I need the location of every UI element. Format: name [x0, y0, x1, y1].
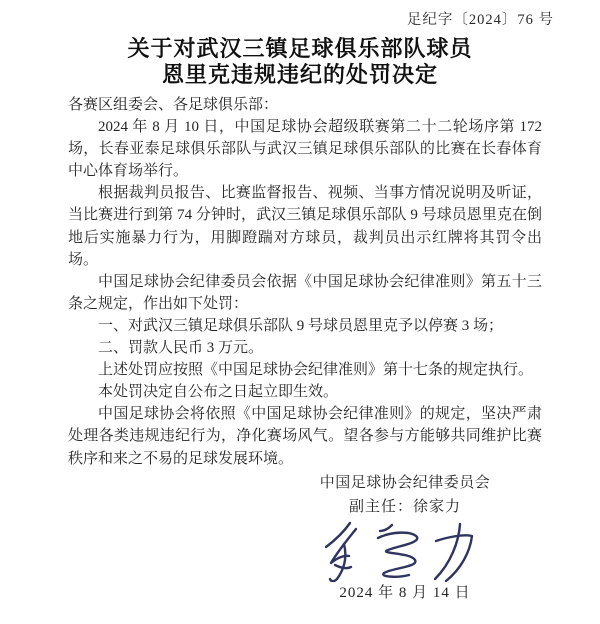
official-document-page: 足纪字〔2024〕76 号 关于对武汉三镇足球俱乐部队球员 恩里克违规违纪的处罚… [0, 0, 600, 624]
signature-block: 中国足球协会纪律委员会 副主任：徐家力 2024 年 [290, 472, 520, 604]
signature-handwriting [320, 520, 490, 582]
document-title: 关于对武汉三镇足球俱乐部队球员 恩里克违规违纪的处罚决定 [0, 36, 600, 88]
signer-title: 副主任：徐家力 [290, 496, 520, 518]
body-paragraph: 2024 年 8 月 10 日，中国足球协会超级联赛第二十二轮场序第 172 场… [68, 116, 542, 182]
signing-organization: 中国足球协会纪律委员会 [290, 472, 520, 494]
body-paragraph: 本处罚决定自公布之日起立即生效。 [68, 381, 542, 403]
body-paragraph: 二、罚款人民币 3 万元。 [68, 337, 542, 359]
signature-date: 2024 年 8 月 14 日 [290, 582, 520, 604]
body-paragraph: 上述处罚应按照《中国足球协会纪律准则》第十七条的规定执行。 [68, 359, 542, 381]
body-paragraph: 一、对武汉三镇足球俱乐部队 9 号球员恩里克予以停赛 3 场； [68, 315, 542, 337]
document-title-line2: 恩里克违规违纪的处罚决定 [0, 62, 600, 88]
body-paragraph: 中国足球协会纪律委员会依据《中国足球协会纪律准则》第五十三条之规定，作出如下处罚… [68, 271, 542, 315]
document-body: 各赛区组委会、各足球俱乐部： 2024 年 8 月 10 日，中国足球协会超级联… [68, 94, 542, 470]
salutation: 各赛区组委会、各足球俱乐部： [68, 94, 542, 116]
document-title-line1: 关于对武汉三镇足球俱乐部队球员 [0, 36, 600, 62]
document-number: 足纪字〔2024〕76 号 [0, 0, 600, 29]
body-paragraph: 中国足球协会将依照《中国足球协会纪律准则》的规定，坚决严肃处理各类违规违纪行为，… [68, 403, 542, 469]
body-paragraph: 根据裁判员报告、比赛监督报告、视频、当事方情况说明及听证，当比赛进行到第 74 … [68, 182, 542, 270]
